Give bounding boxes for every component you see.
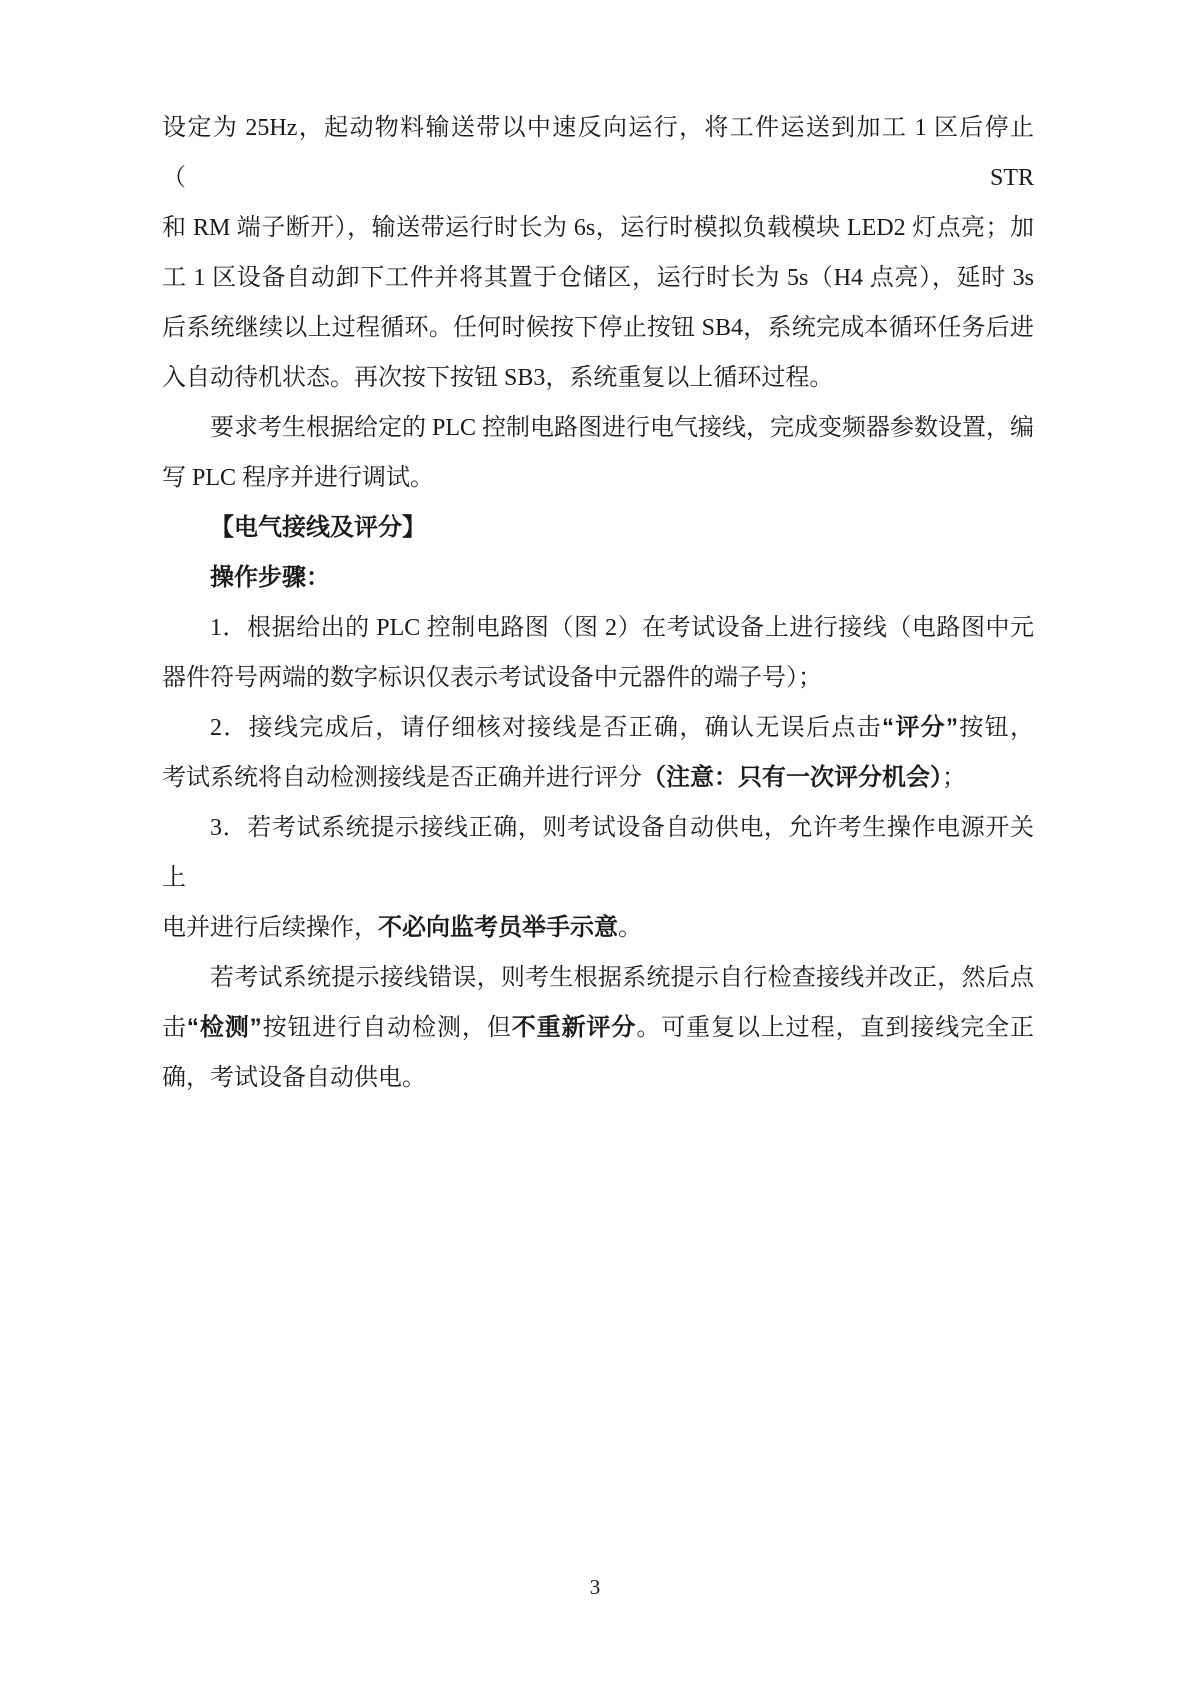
bold-text: “评分” [882,714,958,741]
body-text: 入自动待机状态。再次按下按钮 SB3，系统重复以上循环过程。 [162,365,833,391]
text-line: 要求考生根据给定的 PLC 控制电路图进行电气接线，完成变频器参数设置，编 [162,403,1034,453]
text-line: 1．根据给出的 PLC 控制电路图（图 2）在考试设备上进行接线（电路图中元 [162,603,1034,653]
body-text: 写 PLC 程序并进行调试。 [162,465,434,491]
text-line: 器件符号两端的数字标识仅表示考试设备中元器件的端子号）； [162,653,1034,703]
bold-text: 不必向监考员举手示意 [378,914,618,941]
text-line: 3．若考试系统提示接线正确，则考试设备自动供电，允许考生操作电源开关上 [162,803,1034,903]
body-text: 3．若考试系统提示接线正确，则考试设备自动供电，允许考生操作电源开关上 [162,815,1034,891]
body-text: 考试系统将自动检测接线是否正确并进行评分 [162,765,642,791]
text-line: 击“检测”按钮进行自动检测，但不重新评分。可重复以上过程，直到接线完全正 [162,1003,1034,1053]
body-text: 工 1 区设备自动卸下工件并将其置于仓储区，运行时长为 5s（H4 点亮），延时… [162,265,1034,291]
text-line: 考试系统将自动检测接线是否正确并进行评分（注意：只有一次评分机会）； [162,753,1034,803]
bold-text: 不重新评分 [512,1014,637,1041]
text-line: 确，考试设备自动供电。 [162,1053,1034,1103]
text-line: 写 PLC 程序并进行调试。 [162,453,1034,503]
text-line: 若考试系统提示接线错误，则考生根据系统提示自行检查接线并改正，然后点 [162,953,1034,1003]
body-text: 1．根据给出的 PLC 控制电路图（图 2）在考试设备上进行接线（电路图中元 [210,615,1034,641]
bold-text: 操作步骤： [210,564,330,591]
body-text: 。 [618,915,642,941]
text-line: 后系统继续以上过程循环。任何时候按下停止按钮 SB4，系统完成本循环任务后进 [162,303,1034,353]
body-text: 要求考生根据给定的 PLC 控制电路图进行电气接线，完成变频器参数设置，编 [210,415,1034,441]
body-text: 确，考试设备自动供电。 [162,1065,426,1091]
text-line: 【电气接线及评分】 [162,503,1034,553]
body-text: 击 [162,1015,187,1041]
body-text: 按钮， [958,715,1034,741]
text-line: 入自动待机状态。再次按下按钮 SB3，系统重复以上循环过程。 [162,353,1034,403]
body-text: 和 RM 端子断开），输送带运行时长为 6s，运行时模拟负载模块 LED2 灯点… [162,215,1034,241]
document-body: 设定为 25Hz，起动物料输送带以中速反向运行，将工件运送到加工 1 区后停止（… [162,103,1034,1103]
text-line: 设定为 25Hz，起动物料输送带以中速反向运行，将工件运送到加工 1 区后停止（… [162,103,1034,203]
document-page: 设定为 25Hz，起动物料输送带以中速反向运行，将工件运送到加工 1 区后停止（… [0,0,1190,1683]
body-text: ； [942,765,966,791]
body-text: 若考试系统提示接线错误，则考生根据系统提示自行检查接线并改正，然后点 [210,965,1034,991]
body-text: 器件符号两端的数字标识仅表示考试设备中元器件的端子号）； [162,665,822,691]
body-text: 。可重复以上过程，直到接线完全正 [636,1015,1034,1041]
text-line: 操作步骤： [162,553,1034,603]
body-text: 后系统继续以上过程循环。任何时候按下停止按钮 SB4，系统完成本循环任务后进 [162,315,1034,341]
bold-text: “检测” [187,1014,262,1041]
page-number: 3 [0,1574,1190,1600]
text-line: 工 1 区设备自动卸下工件并将其置于仓储区，运行时长为 5s（H4 点亮），延时… [162,253,1034,303]
body-text: 按钮进行自动检测，但 [262,1015,512,1041]
text-line: 2．接线完成后，请仔细核对接线是否正确，确认无误后点击“评分”按钮， [162,703,1034,753]
bold-text: （注意：只有一次评分机会） [642,764,942,791]
body-text: 2．接线完成后，请仔细核对接线是否正确，确认无误后点击 [210,715,882,741]
bold-text: 【电气接线及评分】 [210,514,426,541]
text-line: 电并进行后续操作，不必向监考员举手示意。 [162,903,1034,953]
body-text: 设定为 25Hz，起动物料输送带以中速反向运行，将工件运送到加工 1 区后停止（… [162,115,1034,191]
text-line: 和 RM 端子断开），输送带运行时长为 6s，运行时模拟负载模块 LED2 灯点… [162,203,1034,253]
body-text: 电并进行后续操作， [162,915,378,941]
